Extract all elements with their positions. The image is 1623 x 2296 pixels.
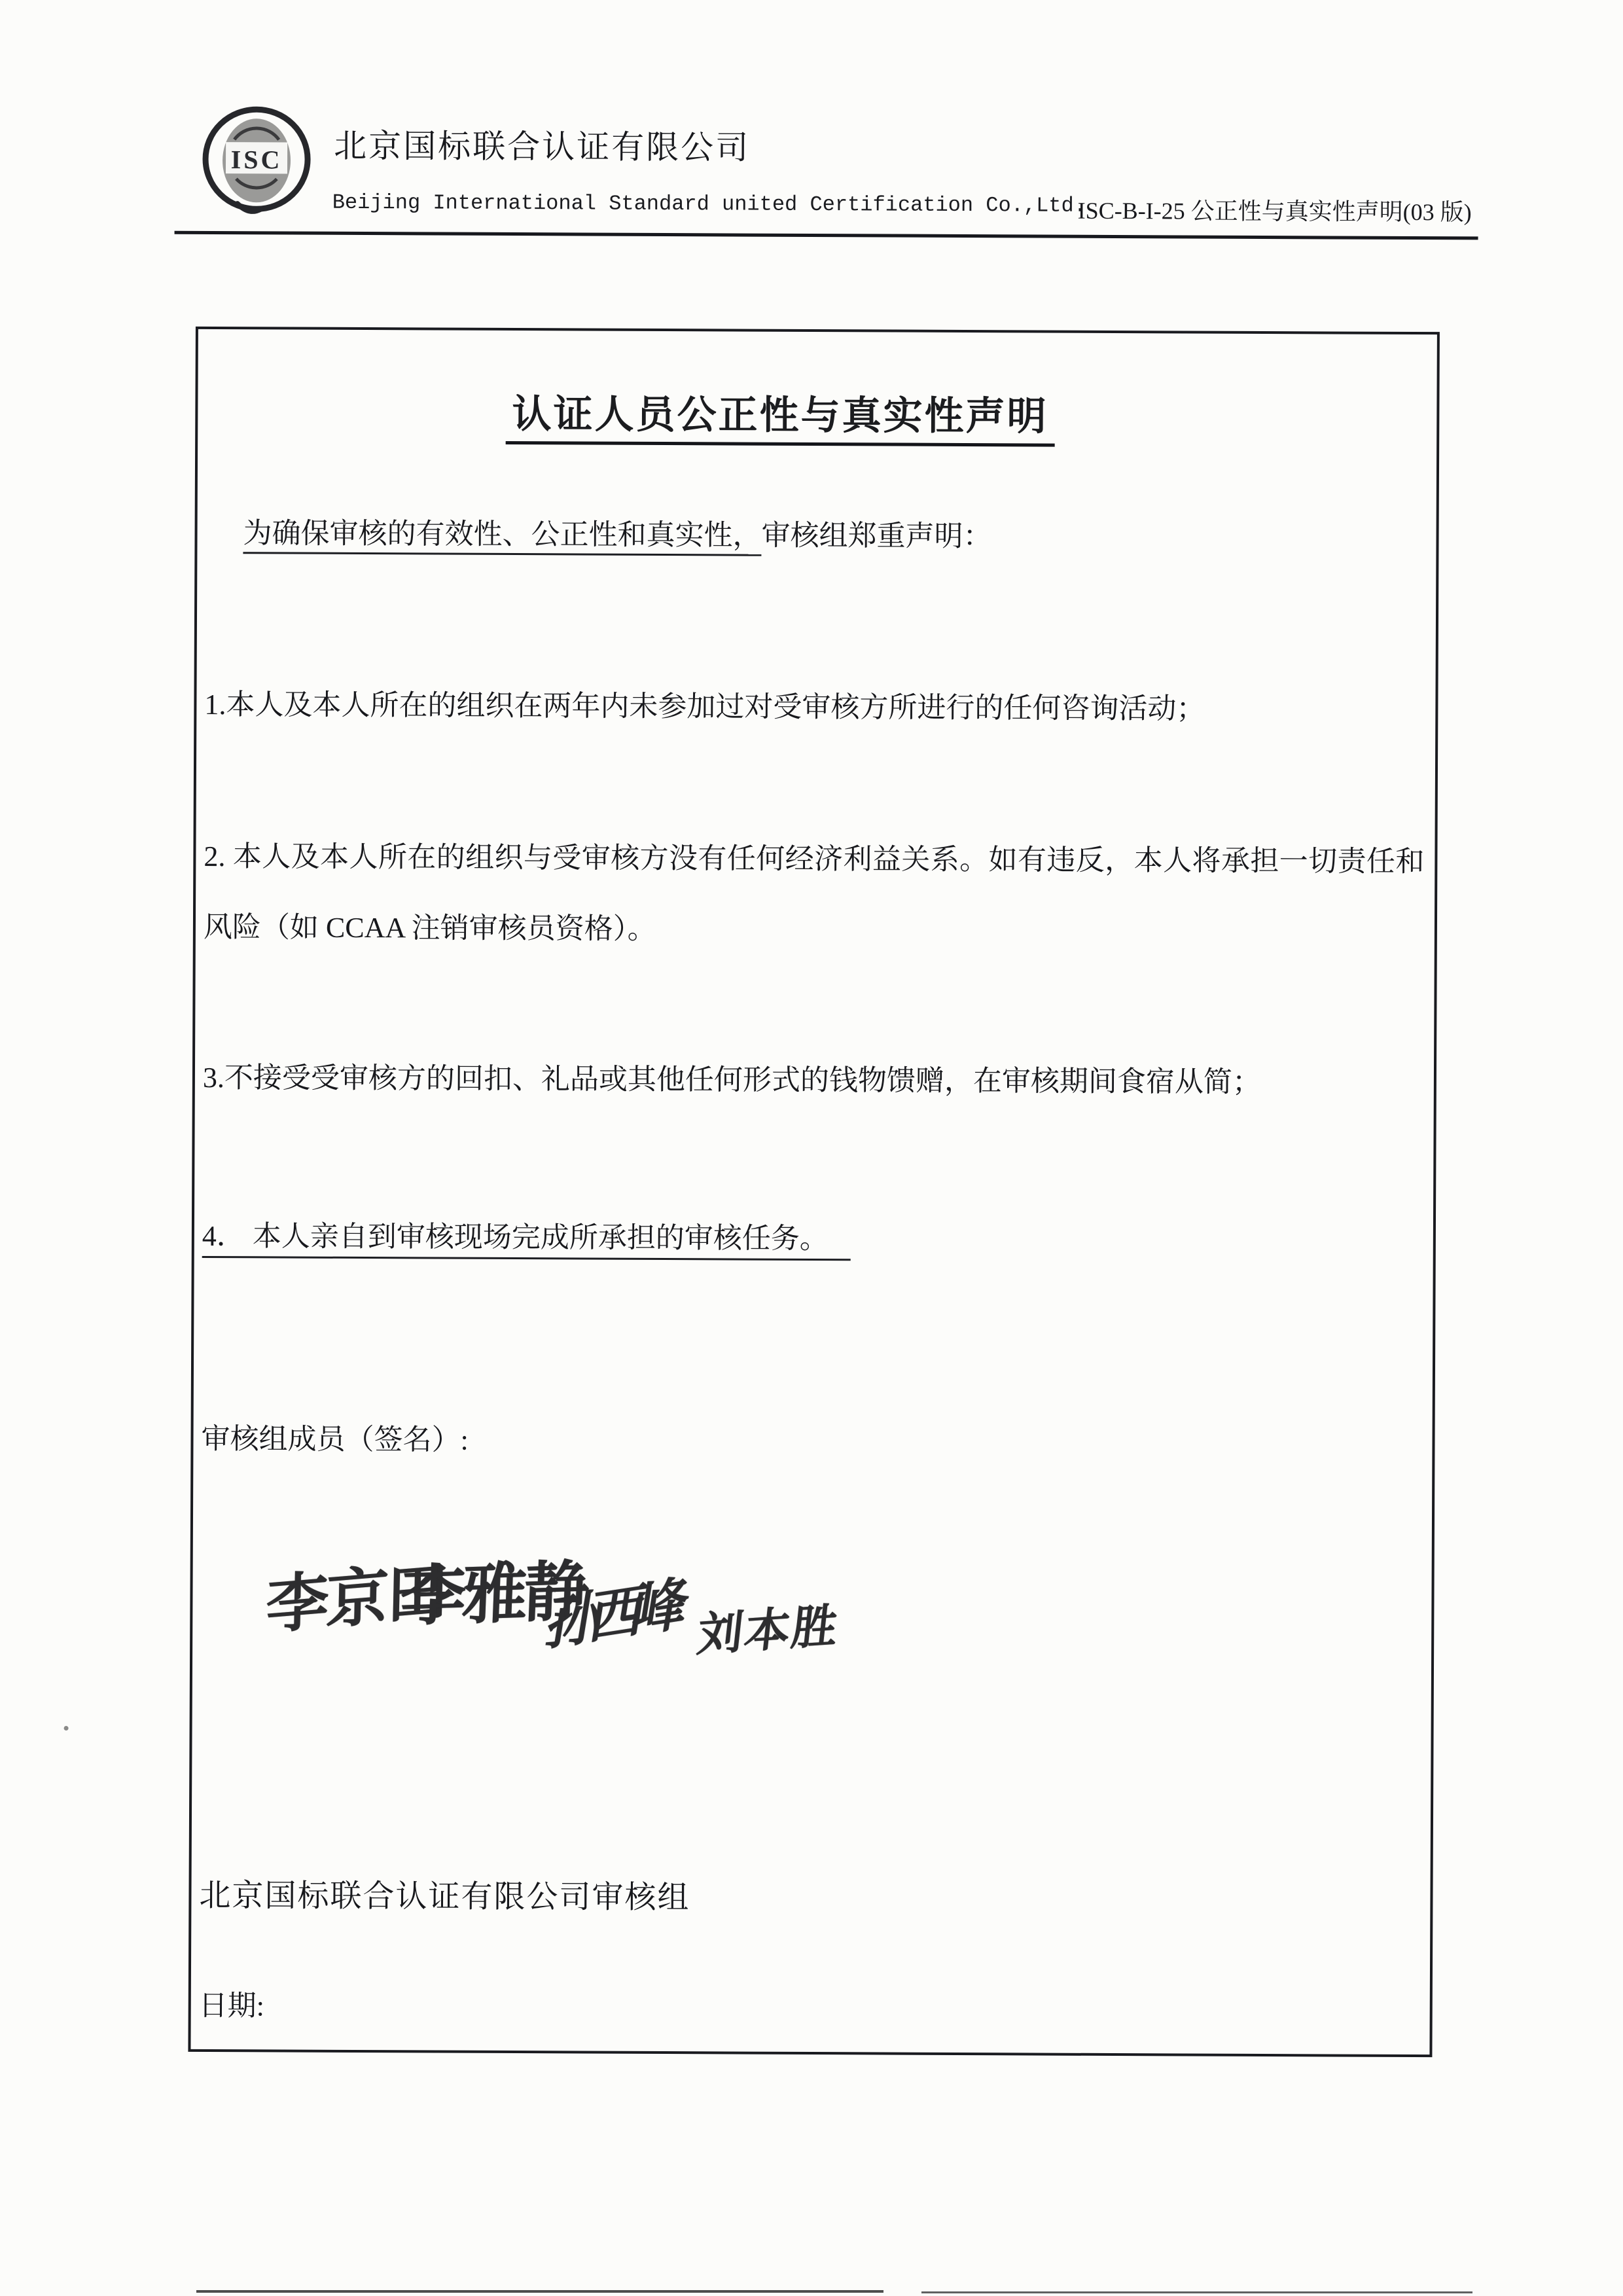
declaration-item-4: 4． 本人亲自到审核现场完成所承担的审核任务。 (202, 1201, 1423, 1277)
company-name-en: Beijing International Standard united Ce… (332, 190, 1086, 218)
header-divider (175, 231, 1478, 240)
isc-company-logo-icon: ISC (198, 105, 315, 219)
scan-skew-wrapper: ISC 北京国标联合认证有限公司 Beijing International S… (0, 0, 1623, 2296)
declaration-title-text: 认证人员公正性与真实性声明 (505, 393, 1054, 447)
declaration-box: 认证人员公正性与真实性声明 为确保审核的有效性、公正性和真实性，审核组郑重声明：… (188, 327, 1439, 2057)
audit-team-line: 北京国标联合认证有限公司审核组 (199, 1861, 1419, 1937)
company-name-cn: 北京国标联合认证有限公司 (334, 120, 750, 169)
handwritten-signature: 刘本胜 (694, 1588, 843, 1664)
declaration-item-1: 1.本人及本人所在的组织在两年内未参加过对受审核方所进行的任何咨询活动； (204, 670, 1425, 745)
declaration-item-3: 3.不接受受审核方的回扣、礼品或其他任何形式的钱物馈赠，在审核期间食宿从简； (203, 1043, 1423, 1119)
scanned-declaration-page: ISC 北京国标联合认证有限公司 Beijing International S… (0, 0, 1623, 2296)
declaration-title: 认证人员公正性与真实性声明 (505, 383, 1054, 442)
item-4-underlined-text: 4． 本人亲自到审核现场完成所承担的审核任务。 (202, 1220, 851, 1261)
date-label: 日期: (199, 1971, 1419, 2047)
signature-section-label: 审核组成员（签名）: (201, 1404, 1421, 1480)
declaration-intro: 为确保审核的有效性、公正性和真实性，审核组郑重声明： (243, 498, 1377, 574)
document-reference: ISC-B-I-25 公正性与真实性声明(03 版) (1078, 192, 1472, 228)
scan-edge-artifact (921, 2291, 1472, 2293)
scan-speck (64, 1726, 69, 1731)
intro-rest-text: 审核组郑重声明： (761, 520, 991, 553)
declaration-item-2: 2. 本人及本人所在的组织与受审核方没有任何经济利益关系。如有违反，本人将承担一… (204, 821, 1425, 968)
intro-underlined-text: 为确保审核的有效性、公正性和真实性， (243, 517, 761, 556)
scan-edge-artifact (196, 2290, 883, 2293)
logo-isc-text: ISC (231, 145, 283, 174)
